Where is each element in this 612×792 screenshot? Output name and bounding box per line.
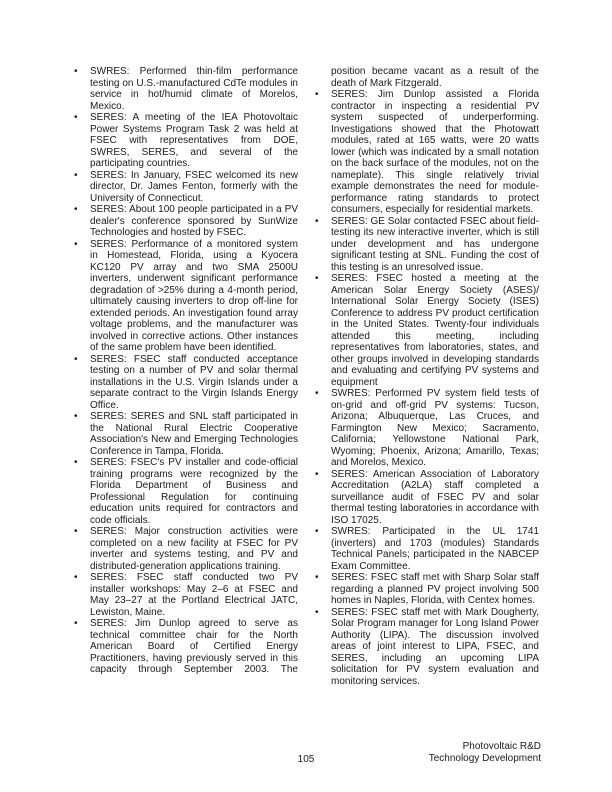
bullet-item: • SERES: About 100 people participated i… (72, 204, 298, 239)
bullet-item: • SERES: GE Solar contacted FSEC about f… (313, 216, 539, 274)
bullet-item-text: SERES: FSEC staff met with Sharp Solar s… (331, 572, 539, 606)
bullet-item-text: SWRES: Participated in the UL 1741 (inve… (331, 526, 539, 572)
bullet-item-text: SERES: FSEC staff conducted acceptance t… (90, 354, 298, 411)
bullet-item: • SERES: FSEC staff met with Mark Doughe… (313, 607, 539, 688)
bullet-item: • SERES: FSEC staff conducted two PV ins… (72, 572, 298, 618)
bullet-item: • SERES: American Association of Laborat… (313, 469, 539, 527)
bullet-item: • SERES: Performance of a monitored syst… (72, 239, 298, 354)
bullet-icon: • (74, 239, 78, 251)
bullet-item-text: SERES: FSEC's PV installer and code-offi… (90, 457, 298, 526)
bullet-icon: • (74, 457, 78, 469)
bullet-item-text: SWRES: Performed thin-film performance t… (90, 66, 298, 112)
bullet-item: • SERES: FSEC hosted a meeting at the Am… (313, 273, 539, 388)
bullet-icon: • (74, 572, 78, 584)
left-column: • SWRES: Performed thin-film performance… (72, 66, 298, 687)
bullet-item: • SERES: Jim Dunlop agreed to serve as t… (72, 618, 298, 676)
two-column-body: • SWRES: Performed thin-film performance… (72, 66, 540, 687)
bullet-icon: • (74, 411, 78, 423)
page-number: 105 (0, 754, 612, 766)
bullet-icon: • (74, 618, 78, 630)
bullet-item: • SERES: FSEC staff conducted acceptance… (72, 354, 298, 412)
bullet-item-text: SERES: SERES and SNL staff participated … (90, 411, 298, 457)
bullet-item-text: SERES: Jim Dunlop assisted a Florida con… (331, 89, 539, 215)
bullet-icon: • (315, 572, 319, 584)
bullet-item-text: SERES: FSEC staff met with Mark Doughert… (331, 607, 539, 687)
bullet-item: • SWRES: Participated in the UL 1741 (in… (313, 526, 539, 572)
bullet-item: • SERES: A meeting of the IEA Photovolta… (72, 112, 298, 170)
bullet-item-text: SERES: FSEC staff conducted two PV insta… (90, 572, 298, 618)
bullet-item-text: SERES: In January, FSEC welcomed its new… (90, 170, 298, 204)
bullet-item: • SERES: In January, FSEC welcomed its n… (72, 170, 298, 205)
bullet-icon: • (315, 607, 319, 619)
bullet-item-text: SERES: Jim Dunlop agreed to serve as tec… (90, 618, 298, 675)
continuation-paragraph: position became vacant as a result of th… (313, 66, 539, 89)
bullet-item-text: SERES: A meeting of the IEA Photovoltaic… (90, 112, 298, 169)
footer-section-line1: Photovoltaic R&D (429, 741, 541, 753)
bullet-icon: • (74, 112, 78, 124)
document-page: • SWRES: Performed thin-film performance… (0, 0, 612, 792)
bullet-item-text: SERES: Performance of a monitored system… (90, 239, 298, 354)
bullet-item-text: SWRES: Performed PV system field tests o… (331, 388, 539, 468)
bullet-item: • SERES: FSEC staff met with Sharp Solar… (313, 572, 539, 607)
bullet-icon: • (74, 526, 78, 538)
bullet-item: • SERES: FSEC's PV installer and code-of… (72, 457, 298, 526)
bullet-icon: • (74, 66, 78, 78)
bullet-icon: • (315, 216, 319, 228)
bullet-item: • SERES: Jim Dunlop assisted a Florida c… (313, 89, 539, 216)
bullet-item-text: SERES: FSEC hosted a meeting at the Amer… (331, 273, 539, 388)
bullet-item: • SERES: SERES and SNL staff participate… (72, 411, 298, 457)
bullet-icon: • (315, 89, 319, 101)
bullet-item: • SWRES: Performed thin-film performance… (72, 66, 298, 112)
right-column: position became vacant as a result of th… (313, 66, 539, 687)
bullet-icon: • (315, 469, 319, 481)
bullet-icon: • (74, 204, 78, 216)
bullet-item-text: SERES: About 100 people participated in … (90, 204, 298, 238)
bullet-icon: • (74, 170, 78, 182)
bullet-item: • SWRES: Performed PV system field tests… (313, 388, 539, 469)
bullet-icon: • (315, 388, 319, 400)
bullet-item-text: SERES: Major construction activities wer… (90, 526, 298, 572)
bullet-item: • SERES: Major construction activities w… (72, 526, 298, 572)
bullet-icon: • (315, 526, 319, 538)
bullet-icon: • (315, 273, 319, 285)
bullet-icon: • (74, 354, 78, 366)
bullet-item-text: SERES: GE Solar contacted FSEC about fie… (331, 216, 539, 273)
bullet-item-text: SERES: American Association of Laborator… (331, 469, 539, 526)
